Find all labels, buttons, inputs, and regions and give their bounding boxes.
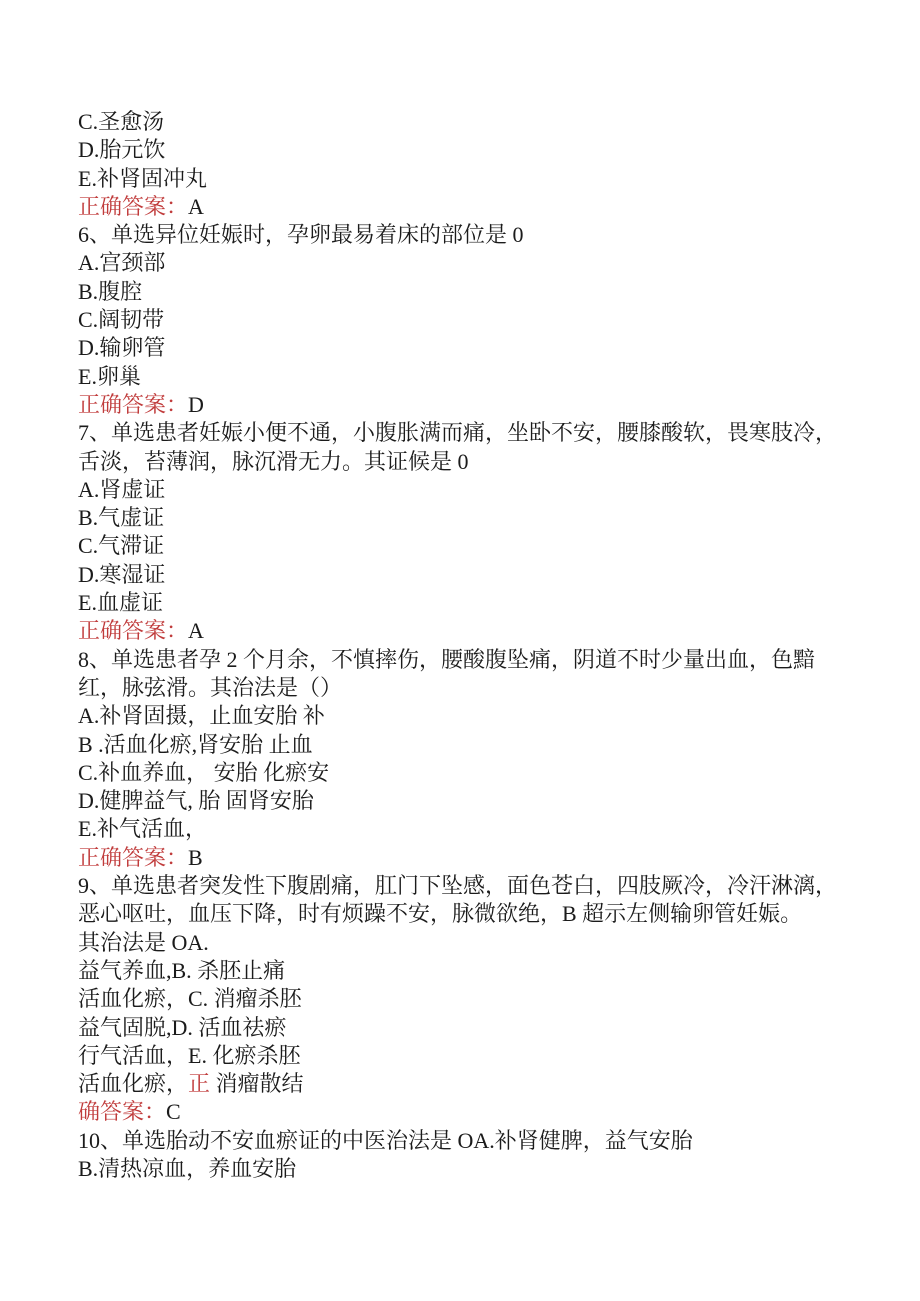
text-segment: C [166,1099,181,1124]
text-line: 8、单选患者孕 2 个月余，不慎摔伤，腰酸腹坠痛，阴道不时少量出血，色黯 [78,646,880,674]
text-segment: D.寒湿证 [78,562,165,587]
text-line: 恶心呕吐，血压下降，时有烦躁不安，脉微欲绝，B 超示左侧输卵管妊娠。 [78,900,880,928]
text-line: 正确答案：B [78,844,880,872]
text-segment: C.气滞证 [78,533,164,558]
text-line: E.血虚证 [78,589,880,617]
text-line: C.圣愈汤 [78,108,880,136]
text-line: C.阔韧带 [78,306,880,334]
text-segment: 舌淡，苔薄润，脉沉滑无力。其证候是 0 [78,449,469,474]
text-line: C.补血养血， 安胎 化瘀安 [78,759,880,787]
answer-label: 正 [188,1071,210,1096]
text-line: 正确答案：D [78,391,880,419]
text-line: B.腹腔 [78,278,880,306]
text-line: B .活血化瘀,肾安胎 止血 [78,731,880,759]
text-segment: D.健脾益气, 胎 固肾安胎 [78,788,314,813]
text-line: C.气滞证 [78,532,880,560]
answer-label: 正确答案： [78,845,188,870]
answer-label: 正确答案： [78,618,188,643]
text-line: D.寒湿证 [78,561,880,589]
text-line: 舌淡，苔薄润，脉沉滑无力。其证候是 0 [78,448,880,476]
text-segment: 红，脉弦滑。其治法是（） [78,675,342,700]
document-body: C.圣愈汤D.胎元饮E.补肾固冲丸正确答案：A6、单选异位妊娠时，孕卵最易着床的… [78,108,880,1183]
text-segment: B.腹腔 [78,279,142,304]
text-line: 正确答案：A [78,193,880,221]
text-line: E.补肾固冲丸 [78,165,880,193]
text-segment: 其治法是 OA. [78,930,209,955]
text-segment: B.清热凉血，养血安胎 [78,1156,296,1181]
text-segment: 消瘤散结 [210,1071,304,1096]
text-segment: 活血化瘀， [78,1071,188,1096]
text-segment: 益气养血,B. 杀胚止痛 [78,958,285,983]
answer-label: 确答案： [78,1099,166,1124]
text-segment: 益气固脱,D. 活血祛瘀 [78,1015,286,1040]
text-segment: A.肾虚证 [78,477,165,502]
text-segment: 10、单选胎动不安血瘀证的中医治法是 OA.补肾健脾，益气安胎 [78,1128,693,1153]
text-segment: C.阔韧带 [78,307,164,332]
text-line: 红，脉弦滑。其治法是（） [78,674,880,702]
text-line: A.宫颈部 [78,249,880,277]
text-line: 10、单选胎动不安血瘀证的中医治法是 OA.补肾健脾，益气安胎 [78,1127,880,1155]
text-segment: 活血化瘀，C. 消瘤杀胚 [78,986,302,1011]
text-segment: D.胎元饮 [78,137,165,162]
text-segment: E.血虚证 [78,590,163,615]
text-segment: B.气虚证 [78,505,164,530]
answer-label: 正确答案： [78,392,188,417]
text-line: 行气活血，E. 化瘀杀胚 [78,1042,880,1070]
text-segment: 7、单选患者妊娠小便不通，小腹胀满而痛，坐卧不安，腰膝酸软，畏寒肢冷， [78,420,837,445]
text-line: E.补气活血， [78,815,880,843]
text-line: B.清热凉血，养血安胎 [78,1155,880,1183]
answer-label: 正确答案： [78,194,188,219]
text-line: 正确答案：A [78,617,880,645]
text-segment: 恶心呕吐，血压下降，时有烦躁不安，脉微欲绝，B 超示左侧输卵管妊娠。 [78,901,802,926]
text-line: 其治法是 OA. [78,929,880,957]
text-segment: 6、单选异位妊娠时，孕卵最易着床的部位是 0 [78,222,524,247]
text-segment: B [188,845,203,870]
text-segment: A.宫颈部 [78,250,165,275]
text-line: 9、单选患者突发性下腹剧痛，肛门下坠感，面色苍白，四肢厥冷，冷汗淋漓， [78,872,880,900]
text-line: D.健脾益气, 胎 固肾安胎 [78,787,880,815]
text-segment: A [188,194,204,219]
text-segment: E.补气活血， [78,816,207,841]
text-line: E.卵巢 [78,363,880,391]
text-segment: D.输卵管 [78,335,165,360]
text-line: 6、单选异位妊娠时，孕卵最易着床的部位是 0 [78,221,880,249]
text-segment: C.补血养血， 安胎 化瘀安 [78,760,329,785]
text-segment: 8、单选患者孕 2 个月余，不慎摔伤，腰酸腹坠痛，阴道不时少量出血，色黯 [78,647,815,672]
document-page: C.圣愈汤D.胎元饮E.补肾固冲丸正确答案：A6、单选异位妊娠时，孕卵最易着床的… [0,0,920,1301]
text-line: 益气固脱,D. 活血祛瘀 [78,1014,880,1042]
text-segment: D [188,392,204,417]
text-line: D.胎元饮 [78,136,880,164]
text-line: A.肾虚证 [78,476,880,504]
text-segment: C.圣愈汤 [78,109,164,134]
text-line: 7、单选患者妊娠小便不通，小腹胀满而痛，坐卧不安，腰膝酸软，畏寒肢冷， [78,419,880,447]
text-line: 确答案：C [78,1098,880,1126]
text-line: D.输卵管 [78,334,880,362]
text-segment: E.卵巢 [78,364,141,389]
text-line: 益气养血,B. 杀胚止痛 [78,957,880,985]
text-line: 活血化瘀，C. 消瘤杀胚 [78,985,880,1013]
text-segment: B .活血化瘀,肾安胎 止血 [78,732,313,757]
text-line: B.气虚证 [78,504,880,532]
text-line: A.补肾固摄，止血安胎 补 [78,702,880,730]
text-segment: E.补肾固冲丸 [78,166,207,191]
text-segment: 行气活血，E. 化瘀杀胚 [78,1043,300,1068]
text-segment: A [188,618,204,643]
text-segment: 9、单选患者突发性下腹剧痛，肛门下坠感，面色苍白，四肢厥冷，冷汗淋漓， [78,873,837,898]
text-segment: A.补肾固摄，止血安胎 补 [78,703,325,728]
text-line: 活血化瘀，正 消瘤散结 [78,1070,880,1098]
